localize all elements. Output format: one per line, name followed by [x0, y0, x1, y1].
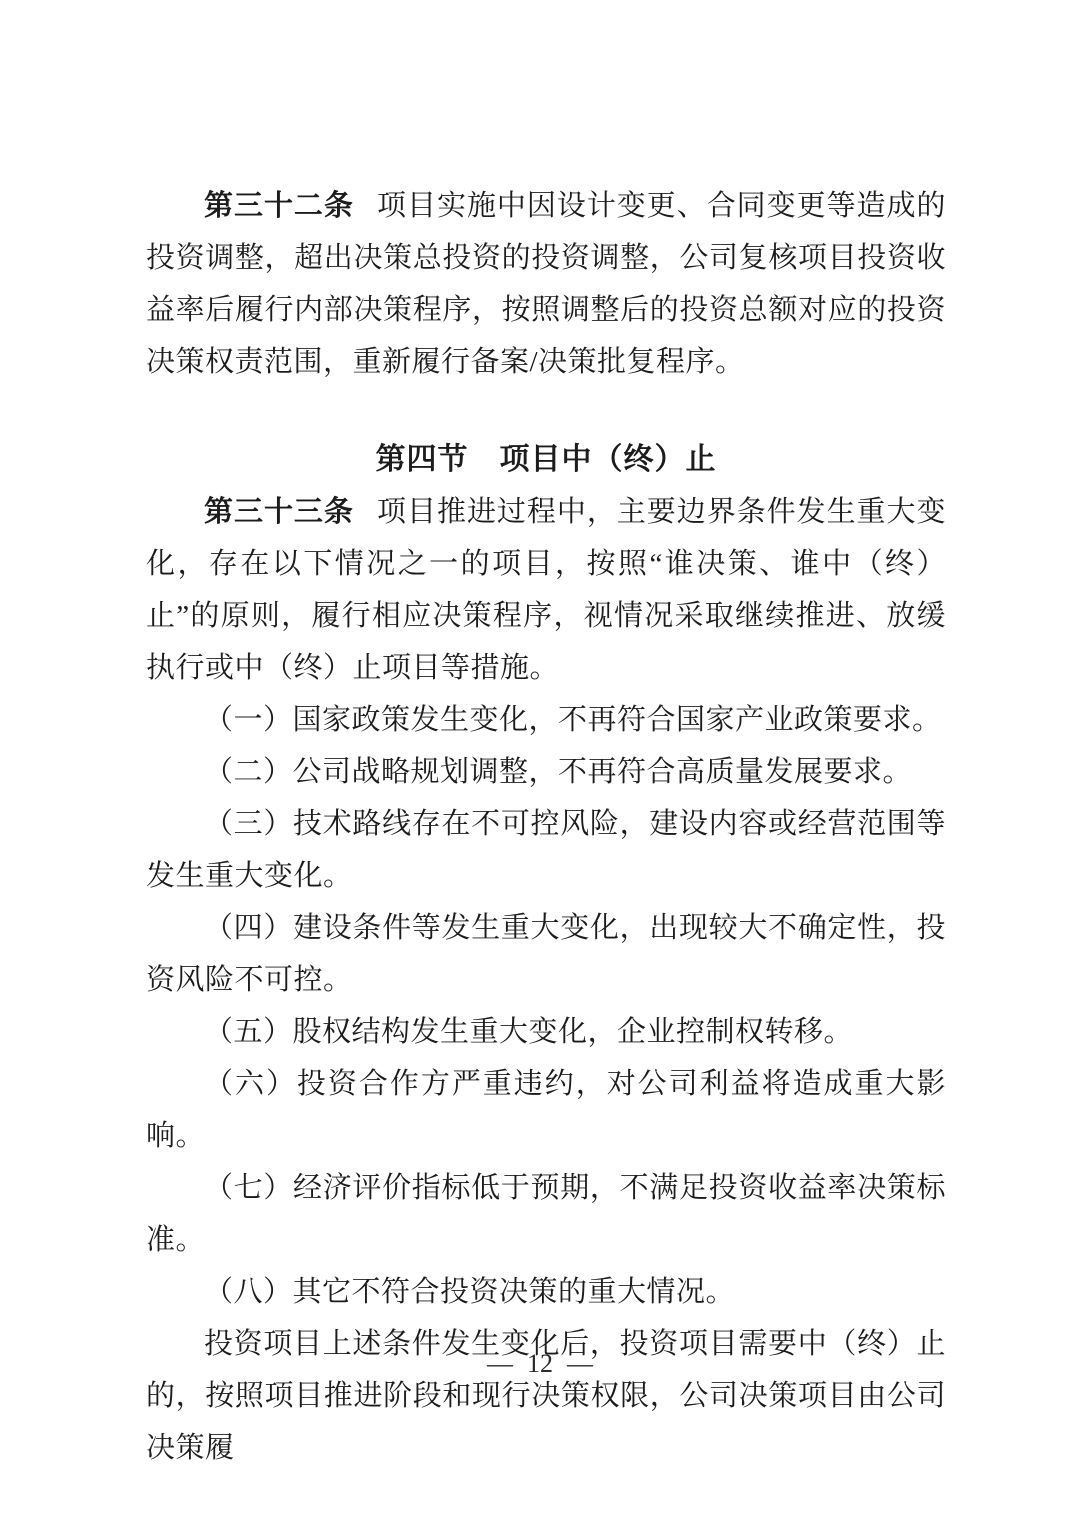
- list-item-5: （五）股权结构发生重大变化，企业控制权转移。: [146, 1006, 946, 1058]
- article-33-paragraph: 第三十三条项目推进过程中，主要边界条件发生重大变化，存在以下情况之一的项目，按照…: [146, 486, 946, 694]
- list-item-4: （四）建设条件等发生重大变化，出现较大不确定性，投资风险不可控。: [146, 902, 946, 1006]
- list-item-2: （二）公司战略规划调整，不再符合高质量发展要求。: [146, 746, 946, 798]
- footer-right-dash: —: [567, 1344, 593, 1384]
- page-footer: —12—: [0, 1344, 1080, 1384]
- article-33-label: 第三十三条: [204, 496, 354, 528]
- list-item-3: （三）技术路线存在不可控风险，建设内容或经营范围等发生重大变化。: [146, 798, 946, 902]
- footer-left-dash: —: [487, 1344, 513, 1384]
- list-item-6: （六）投资合作方严重违约，对公司利益将造成重大影响。: [146, 1058, 946, 1162]
- list-item-1: （一）国家政策发生变化，不再符合国家产业政策要求。: [146, 694, 946, 746]
- document-page: 第三十二条项目实施中因设计变更、合同变更等造成的投资调整，超出决策总投资的投资调…: [0, 0, 1080, 1527]
- article-32-label: 第三十二条: [204, 190, 354, 222]
- list-item-8: （八）其它不符合投资决策的重大情况。: [146, 1266, 946, 1318]
- section-4-heading: 第四节 项目中（终）止: [146, 434, 946, 486]
- document-body: 第三十二条项目实施中因设计变更、合同变更等造成的投资调整，超出决策总投资的投资调…: [146, 180, 946, 1474]
- closing-paragraph: 投资项目上述条件发生变化后，投资项目需要中（终）止的，按照项目推进阶段和现行决策…: [146, 1318, 946, 1474]
- article-32-paragraph: 第三十二条项目实施中因设计变更、合同变更等造成的投资调整，超出决策总投资的投资调…: [146, 180, 946, 388]
- page-number: 12: [527, 1344, 553, 1384]
- list-item-7: （七）经济评价指标低于预期，不满足投资收益率决策标准。: [146, 1162, 946, 1266]
